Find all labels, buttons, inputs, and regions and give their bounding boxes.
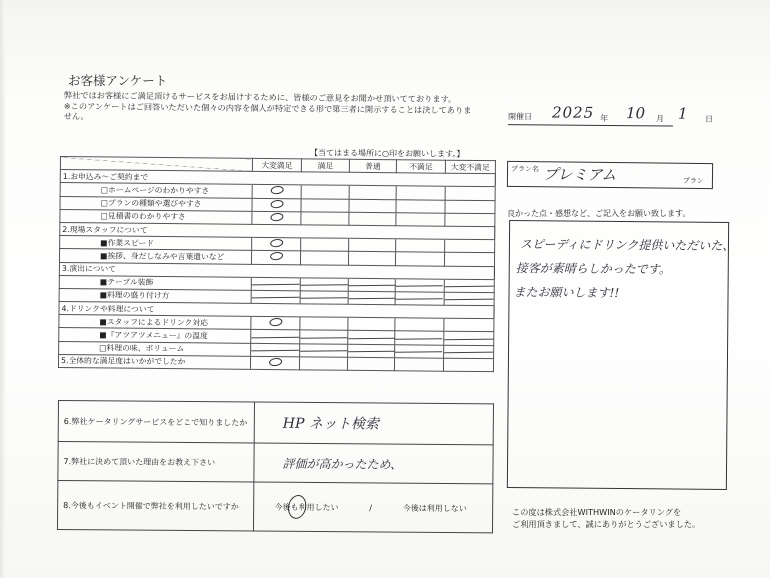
rating-cell — [251, 303, 300, 317]
circle-mark-icon — [268, 357, 282, 367]
rating-cell[interactable] — [301, 212, 349, 226]
rating-cell[interactable] — [250, 343, 299, 357]
answer-field[interactable]: 評価が高かったため、 — [254, 443, 493, 484]
rating-cell[interactable] — [349, 212, 397, 226]
choice-not-use[interactable]: 今後は利用しない — [403, 502, 467, 514]
rating-cell[interactable] — [396, 252, 445, 266]
feedback-label: 良かった点・感想など、ご記入をお願い致します。 — [507, 208, 690, 219]
day-unit: 日 — [705, 114, 713, 125]
rating-cell[interactable] — [445, 187, 495, 201]
strike-line — [252, 284, 300, 286]
strike-line — [396, 298, 443, 300]
circle-mark-icon — [269, 238, 283, 248]
form-title: お客様アンケート — [68, 71, 167, 89]
rating-cell[interactable] — [349, 186, 397, 200]
rating-cell[interactable] — [301, 185, 349, 199]
rating-cell[interactable] — [251, 277, 300, 291]
rating-cell[interactable] — [251, 237, 300, 251]
rating-cell[interactable] — [251, 251, 300, 265]
rating-cell[interactable] — [395, 318, 444, 332]
rating-cell[interactable] — [396, 186, 445, 200]
plan-name-field[interactable]: プラン名 プレミアム プラン — [507, 161, 713, 189]
paper-edge — [0, 0, 6, 578]
rating-cell — [301, 264, 349, 278]
strike-line — [395, 351, 442, 353]
rating-cell[interactable] — [396, 278, 445, 292]
rating-cell[interactable] — [443, 358, 493, 372]
rating-cell — [396, 265, 445, 279]
thanks-line: ご利用頂きまして、誠にありがとうございました。 — [512, 518, 700, 530]
rating-cell[interactable] — [348, 252, 396, 266]
date-day: 1 — [678, 105, 688, 123]
event-date-field[interactable]: 開催日 2025 年 10 月 1 日 — [508, 103, 718, 127]
rating-cell[interactable] — [347, 331, 395, 345]
strike-line — [444, 351, 493, 353]
rating-cell — [444, 305, 494, 319]
rating-cell[interactable] — [301, 198, 349, 212]
choice-separator: / — [369, 503, 372, 512]
strike-line — [252, 297, 300, 299]
choice-cell: 今後も利用したい / 今後は利用しない — [253, 482, 492, 533]
strike-line — [348, 337, 395, 339]
rating-cell — [444, 226, 494, 240]
thanks-line: この度は株式会社WITHWINのケータリングを — [512, 506, 700, 518]
rating-cell[interactable] — [444, 292, 494, 306]
date-label: 開催日 — [508, 111, 532, 122]
rating-cell[interactable] — [443, 332, 493, 346]
rating-cell[interactable] — [348, 318, 396, 332]
column-header: 普通 — [349, 159, 397, 173]
rating-cell[interactable] — [444, 318, 494, 332]
question-label: 8.今後もイベント開催で弊社を利用したいですか — [57, 481, 253, 532]
strike-line — [348, 350, 395, 352]
rating-cell — [444, 266, 494, 280]
rating-cell[interactable] — [347, 344, 395, 358]
plan-value: プレミアム — [543, 163, 617, 185]
rating-cell[interactable] — [348, 278, 396, 292]
strike-line — [348, 298, 395, 300]
rating-cell — [251, 264, 300, 278]
question-label: 6.弊社ケータリングサービスをどこで知りましたか — [58, 401, 254, 444]
rating-cell[interactable] — [300, 317, 348, 331]
rating-cell[interactable] — [444, 239, 494, 253]
column-header: 不満足 — [397, 160, 446, 174]
rating-cell[interactable] — [445, 200, 495, 214]
date-year: 2025 — [552, 103, 594, 121]
rating-cell[interactable] — [252, 185, 301, 199]
question-row: 8.今後もイベント開催で弊社を利用したいですか 今後も利用したい / 今後は利用… — [57, 481, 492, 533]
rating-cell[interactable] — [396, 199, 445, 213]
rating-cell — [252, 172, 301, 186]
strike-line — [251, 350, 299, 352]
rating-cell[interactable] — [395, 358, 444, 372]
section-label: 5.全体的な満足度はいかがでしたか — [58, 354, 250, 369]
date-month: 10 — [626, 104, 645, 122]
feedback-line: またお願いします!! — [513, 283, 619, 301]
strike-line — [349, 285, 396, 287]
rating-cell[interactable] — [396, 212, 445, 226]
column-header: 満足 — [302, 159, 350, 173]
questions-table: 6.弊社ケータリングサービスをどこで知りましたか HP ネット検索 7.弊社に決… — [57, 400, 494, 533]
strike-line — [444, 338, 493, 340]
circle-mark-icon — [270, 199, 284, 209]
thanks-message: この度は株式会社WITHWINのケータリングを ご利用頂きまして、誠にありがとう… — [512, 506, 700, 530]
question-label: 7.弊社に決めて頂いた理由をお教え下さい — [58, 442, 254, 483]
rating-cell[interactable] — [443, 345, 493, 359]
rating-cell[interactable] — [301, 238, 349, 252]
rating-cell[interactable] — [250, 356, 299, 370]
circle-mark-icon — [269, 252, 283, 262]
rating-cell[interactable] — [444, 253, 494, 267]
circle-mark-icon — [268, 318, 282, 328]
question-row: 6.弊社ケータリングサービスをどこで知りましたか HP ネット検索 — [58, 401, 493, 445]
rating-cell — [445, 173, 495, 187]
rating-cell[interactable] — [252, 198, 301, 212]
answer-field[interactable]: HP ネット検索 — [254, 402, 493, 445]
rating-cell[interactable] — [445, 213, 495, 227]
feedback-line: スピーディにドリンク提供いただいた、 — [520, 235, 734, 254]
rating-cell — [252, 224, 301, 238]
strike-line — [396, 338, 443, 340]
rating-cell[interactable] — [251, 317, 300, 331]
circle-mark-icon — [270, 186, 284, 196]
rating-cell[interactable] — [300, 291, 348, 305]
column-header: 大変不満足 — [445, 160, 495, 174]
rating-cell — [300, 304, 348, 318]
rating-cell[interactable] — [444, 279, 494, 293]
satisfaction-table: 大変満足 満足 普通 不満足 大変不満足 1.お申込み～ご契約まで□ホームページ… — [58, 156, 496, 372]
rating-cell[interactable] — [348, 291, 396, 305]
year-unit: 年 — [600, 113, 608, 124]
rating-cell — [348, 265, 396, 279]
rating-cell — [301, 225, 349, 239]
intro-text: 弊社ではお客様にご満足頂けるサービスをお届けするために、皆様のご意見をお聞かせ頂… — [64, 90, 504, 126]
strike-line — [300, 337, 347, 339]
rating-cell[interactable] — [395, 331, 444, 345]
strike-line — [301, 297, 348, 299]
rating-cell[interactable] — [300, 343, 348, 357]
strike-line — [445, 285, 494, 287]
plan-label: プラン名 — [511, 164, 539, 174]
feedback-line: 接客が素晴らしかったです。 — [516, 259, 671, 277]
rating-cell[interactable] — [251, 330, 300, 344]
feedback-box[interactable]: スピーディにドリンク提供いただいた、 接客が素晴らしかったです。 またお願いしま… — [507, 220, 729, 490]
column-header: 大変満足 — [252, 158, 301, 172]
strike-line — [301, 284, 348, 286]
month-unit: 月 — [656, 113, 664, 124]
strike-line — [396, 285, 443, 287]
rating-cell — [397, 173, 446, 187]
rating-cell[interactable] — [300, 330, 348, 344]
rating-cell[interactable] — [395, 344, 444, 358]
rating-cell — [395, 305, 444, 319]
strike-line — [444, 299, 493, 301]
rating-cell[interactable] — [349, 199, 397, 213]
rating-cell — [301, 172, 349, 186]
rating-cell[interactable] — [301, 251, 349, 265]
rating-cell[interactable] — [300, 278, 348, 292]
question-row: 7.弊社に決めて頂いた理由をお教え下さい 評価が高かったため、 — [58, 442, 493, 484]
rating-cell[interactable] — [395, 292, 444, 306]
circle-mark-icon — [269, 212, 283, 222]
rating-cell[interactable] — [396, 239, 445, 253]
strike-line — [300, 350, 347, 352]
rating-cell[interactable] — [300, 357, 348, 371]
rating-cell — [348, 304, 396, 318]
corner-cell — [60, 157, 252, 172]
strike-line — [251, 336, 299, 338]
rating-cell — [348, 225, 396, 239]
plan-suffix: プラン — [683, 176, 704, 186]
rating-cell — [349, 172, 397, 186]
rating-cell[interactable] — [251, 290, 300, 304]
rating-cell[interactable] — [348, 238, 396, 252]
rating-cell — [396, 226, 445, 240]
choice-use-again[interactable]: 今後も利用したい — [275, 501, 339, 513]
rating-cell[interactable] — [252, 211, 301, 225]
rating-cell[interactable] — [347, 357, 395, 371]
